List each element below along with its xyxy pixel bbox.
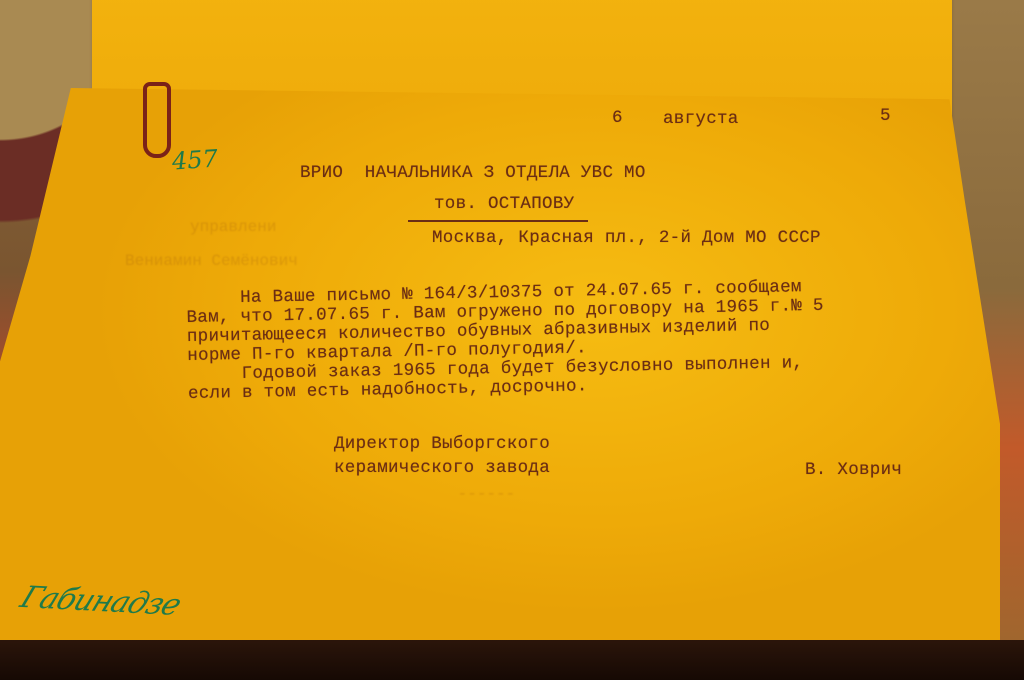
table-edge-shadow [0, 640, 1024, 680]
handwritten-registration-number: 457 [171, 144, 219, 175]
signer-position-line2: керамического завода [334, 460, 550, 478]
recipient-name: тов. ОСТАПОВУ [408, 196, 588, 222]
signer-position-line1: Директор Выборгского [334, 436, 550, 454]
bleed-through-text: Вениамин Семёнович [125, 252, 298, 270]
recipient-address: Москва, Красная пл., 2-й Дом МО СССР [432, 230, 821, 248]
bleed-through-text: ------ [400, 485, 515, 503]
recipient-title: ВРИО НАЧАЛЬНИКА З ОТДЕЛА УВС МО [300, 165, 646, 183]
date-month: августа [663, 111, 739, 129]
letter-body: На Ваше письмо № 164/3/10375 от 24.07.65… [186, 278, 825, 404]
bleed-through-text: управлени [190, 218, 276, 236]
date-year-suffix: 5 [880, 108, 891, 126]
date-day: 6 [612, 110, 623, 128]
paper-clip-icon [143, 82, 171, 158]
signer-name: В. Ховрич [805, 462, 902, 480]
